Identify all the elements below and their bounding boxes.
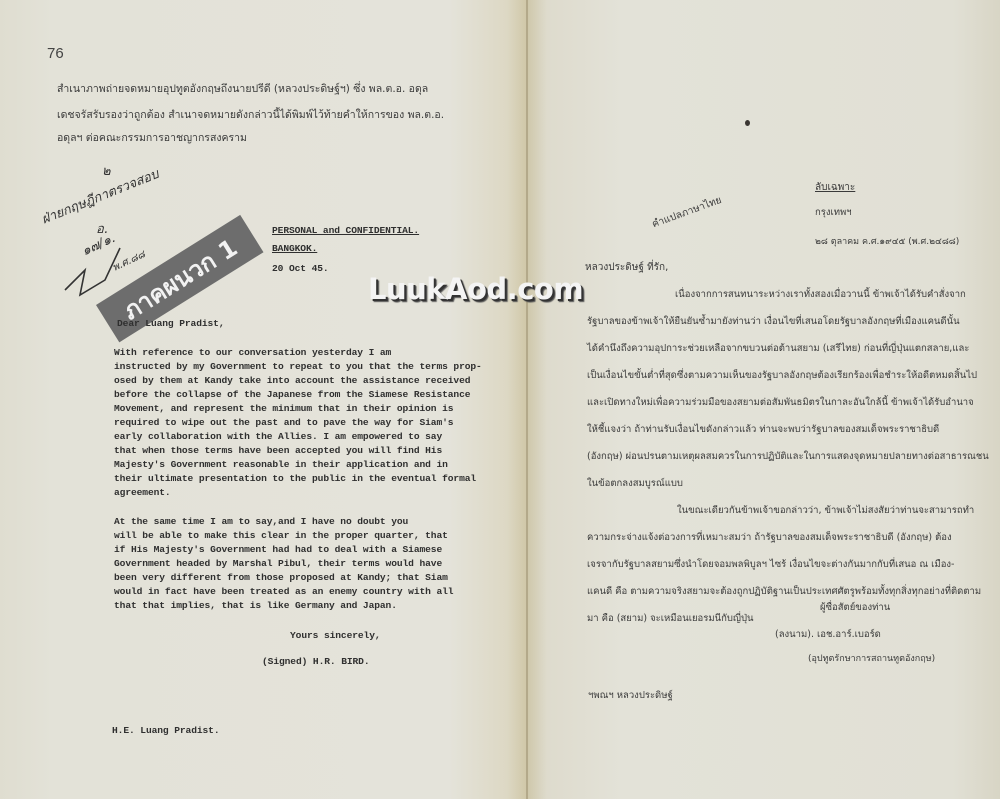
letter-closing-thai: ผู้ซื่อสัตย์ของท่าน xyxy=(820,600,890,615)
paragraph-line: instructed by my Government to repeat to… xyxy=(114,361,482,372)
letter-signature-title-thai: (อุปทูตรักษาการสถานทูตอังกฤษ) xyxy=(808,651,935,665)
letter-date: 20 Oct 45. xyxy=(272,263,329,274)
paragraph-line: before the collapse of the Japanese from… xyxy=(114,389,470,400)
paragraph-line: agreement. xyxy=(114,487,171,498)
letter-classification: PERSONAL and CONFIDENTIAL. xyxy=(272,225,419,236)
paragraph-line: their ultimate presentation to the publi… xyxy=(114,473,476,484)
paragraph-line: been very different from those proposed … xyxy=(114,572,448,583)
paragraph-line: required to wipe out the past and to pav… xyxy=(114,417,453,428)
paragraph-line: early collaboration with the Allies. I a… xyxy=(114,431,442,442)
letter-signature: (Signed) H.R. BIRD. xyxy=(262,656,370,667)
handwritten-note-line-1: ๒ xyxy=(102,160,111,181)
paragraph-line: ความกระจ่างแจ้งต่อวงการที่เหมาะสมว่า ถ้า… xyxy=(587,530,952,545)
letter-addressee-thai: ฯพณฯ หลวงประดิษฐ์ xyxy=(588,688,673,703)
paragraph-line: แคนดี คือ ตามความจริงสยามจะต้องถูกปฏิบัต… xyxy=(587,584,981,599)
paragraph-line: เป็นเงื่อนไขขั้นต่ำที่สุดซึ่งตามความเห็น… xyxy=(587,368,977,383)
paragraph-line: that when those terms have been accepted… xyxy=(114,445,442,456)
paragraph-line: (อังกฤษ) ผ่อนปรนตามเหตุผลสมควรในการปฏิบั… xyxy=(587,449,989,464)
paragraph-line: Government headed by Marshal Pibul, thei… xyxy=(114,558,442,569)
paragraph-line: เนื่องจากการสนทนาระหว่างเราทั้งสองเมื่อว… xyxy=(675,287,966,302)
letter-salutation: Dear Luang Pradist, xyxy=(117,318,225,329)
ink-spot xyxy=(745,120,750,126)
letter-classification-thai: ลับเฉพาะ xyxy=(815,180,855,195)
letter-date-thai: ๒๘ ตุลาคม ค.ศ.๑๙๔๕ (พ.ศ.๒๔๘๘) xyxy=(815,234,959,248)
paragraph-line: เจรจากับรัฐบาลสยามซึ่งนำโดยจอมพลพิบูลฯ ไ… xyxy=(587,557,954,572)
paragraph-line: มา คือ (สยาม) จะเหมือนเยอรมนีกับญี่ปุ่น xyxy=(587,611,754,626)
paragraph-line: that that implies, that is like Germany … xyxy=(114,600,397,611)
paragraph-line: Majesty's Government reasonable in their… xyxy=(114,459,448,470)
paragraph-line: ในขณะเดียวกันข้าพเจ้าขอกล่าวว่า, ข้าพเจ้… xyxy=(677,503,974,518)
letter-signature-thai: (ลงนาม). เอช.อาร์.เบอร์ด xyxy=(775,627,881,642)
letter-salutation-thai: หลวงประดิษฐ์ ที่รัก, xyxy=(585,260,668,275)
paragraph-line: รัฐบาลของข้าพเจ้าให้ยืนยันซ้ำมายังท่านว่… xyxy=(587,314,960,329)
letter-location: BANGKOK. xyxy=(272,243,317,254)
paragraph-line: Movement, and represent the minimum that… xyxy=(114,403,453,414)
intro-line-1: สำเนาภาพถ่ายจดหมายอุปทูตอังกฤษถึงนายปรีด… xyxy=(57,80,428,97)
paragraph-line: would in fact have been treated as an en… xyxy=(114,586,453,597)
watermark-logo: LuukAod.com xyxy=(368,272,583,306)
paragraph-line: At the same time I am to say,and I have … xyxy=(114,516,408,527)
letter-addressee: H.E. Luang Pradist. xyxy=(112,725,220,736)
book-gutter xyxy=(526,0,528,799)
letter-location-thai: กรุงเทพฯ xyxy=(815,205,852,220)
paragraph-line: ในข้อตกลงสมบูรณ์แบบ xyxy=(587,476,683,491)
intro-line-2: เดชจรัสรับรองว่าถูกต้อง สำเนาจดหมายดังกล… xyxy=(57,106,444,123)
paragraph-line: if His Majesty's Government had had to d… xyxy=(114,544,442,555)
intro-line-3: อดุลฯ ต่อคณะกรรมการอาชญากรสงคราม xyxy=(57,129,247,146)
page-number: 76 xyxy=(47,45,64,62)
paragraph-line: ให้ชี้แจงว่า ถ้าท่านรับเงื่อนไขดังกล่าวแ… xyxy=(587,422,939,437)
paragraph-line: และเปิดทางใหม่เพื่อความร่วมมือของสยามต่อ… xyxy=(587,395,974,410)
paragraph-line: osed by them at Kandy take into account … xyxy=(114,375,470,386)
paragraph-line: ได้คำนึงถึงความอุปการะช่วยเหลือจากขบวนต่… xyxy=(587,341,969,356)
paragraph-line: will be able to make this clear in the p… xyxy=(114,530,448,541)
letter-closing: Yours sincerely, xyxy=(290,630,381,641)
paragraph-line: With reference to our conversation yeste… xyxy=(114,347,391,358)
